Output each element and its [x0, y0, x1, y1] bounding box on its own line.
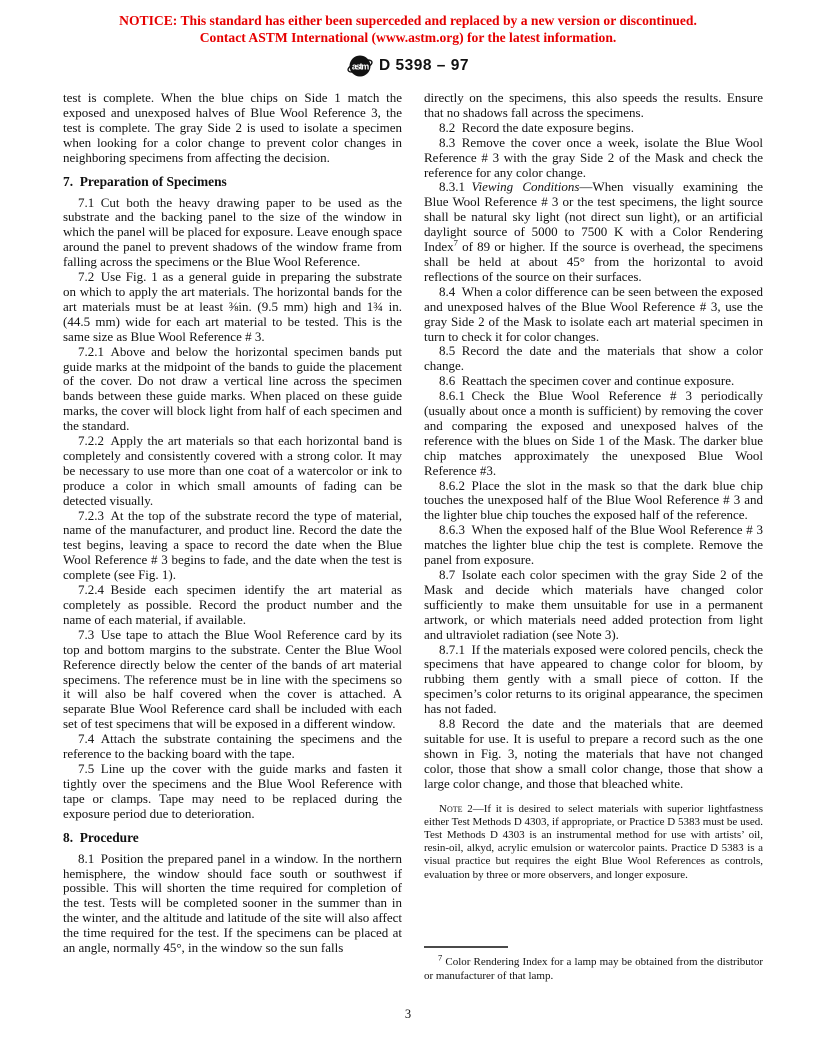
paragraph-7-3: 7.3 Use tape to attach the Blue Wool Ref… — [63, 628, 402, 732]
paragraph-8-6-1: 8.6.1 Check the Blue Wool Reference # 3 … — [424, 389, 763, 478]
paragraph-7-4: 7.4 Attach the substrate containing the … — [63, 732, 402, 762]
paragraph-8-8: 8.8 Record the date and the materials th… — [424, 717, 763, 792]
paragraph-8-1-continued: directly on the specimens, this also spe… — [424, 91, 763, 121]
footnote-text: Color Rendering Index for a lamp may be … — [424, 956, 763, 982]
note-2: Note 2—If it is desired to select materi… — [424, 803, 763, 882]
paragraph-8-7-1: 8.7.1 If the materials exposed were colo… — [424, 643, 763, 718]
paragraph-8-4: 8.4 When a color difference can be seen … — [424, 285, 763, 345]
paragraph-8-2: 8.2 Record the date exposure begins. — [424, 121, 763, 136]
paragraph-7-2-1: 7.2.1 Above and below the horizontal spe… — [63, 345, 402, 434]
paragraph-8-7: 8.7 Isolate each color specimen with the… — [424, 568, 763, 643]
discontinuation-notice: NOTICE: This standard has either been su… — [0, 0, 816, 46]
footnote-block: 7 Color Rendering Index for a lamp may b… — [424, 946, 763, 999]
paragraph-8-6: 8.6 Reattach the specimen cover and cont… — [424, 374, 763, 389]
right-column: directly on the specimens, this also spe… — [424, 91, 763, 999]
paragraph-7-1: 7.1 Cut both the heavy drawing paper to … — [63, 196, 402, 271]
page-number: 3 — [0, 1007, 816, 1022]
standard-designation: astm D 5398 – 97 — [0, 53, 816, 79]
section-7-heading: 7. Preparation of Specimens — [63, 174, 402, 190]
viewing-conditions-term: Viewing Conditions — [472, 179, 580, 194]
astm-logo-icon: astm — [347, 53, 373, 79]
paragraph-continued: test is complete. When the blue chips on… — [63, 91, 402, 166]
paragraph-text: of 89 or higher. If the source is overhe… — [424, 239, 763, 284]
paragraph-8-1: 8.1 Position the prepared panel in a win… — [63, 852, 402, 956]
notice-line-2: Contact ASTM International (www.astm.org… — [0, 30, 816, 47]
paragraph-8-3: 8.3 Remove the cover once a week, isolat… — [424, 136, 763, 181]
paragraph-7-2-2: 7.2.2 Apply the art materials so that ea… — [63, 434, 402, 509]
paragraph-8-6-2: 8.6.2 Place the slot in the mask so that… — [424, 479, 763, 524]
left-column: test is complete. When the blue chips on… — [63, 91, 402, 999]
paragraph-8-6-3: 8.6.3 When the exposed half of the Blue … — [424, 523, 763, 568]
astm-logo-text: astm — [352, 62, 369, 72]
footnote-separator — [424, 946, 508, 948]
note-label: Note 2 — [439, 803, 473, 815]
notice-line-1: NOTICE: This standard has either been su… — [0, 13, 816, 30]
paragraph-7-2-3: 7.2.3 At the top of the substrate record… — [63, 509, 402, 584]
designation-text: D 5398 – 97 — [379, 57, 469, 75]
paragraph-7-5: 7.5 Line up the cover with the guide mar… — [63, 762, 402, 822]
paragraph-7-2-4: 7.2.4 Beside each specimen identify the … — [63, 583, 402, 628]
paragraph-8-5: 8.5 Record the date and the materials th… — [424, 344, 763, 374]
paragraph-8-3-1: 8.3.1 Viewing Conditions—When visually e… — [424, 180, 763, 284]
paragraph-7-2: 7.2 Use Fig. 1 as a general guide in pre… — [63, 270, 402, 345]
document-page: NOTICE: This standard has either been su… — [0, 0, 816, 1056]
section-8-heading: 8. Procedure — [63, 830, 402, 846]
footnote-7: 7 Color Rendering Index for a lamp may b… — [424, 956, 763, 983]
document-body: test is complete. When the blue chips on… — [63, 91, 763, 999]
paragraph-number: 8.3.1 — [439, 179, 472, 194]
note-text: —If it is desired to select materials wi… — [424, 803, 763, 881]
